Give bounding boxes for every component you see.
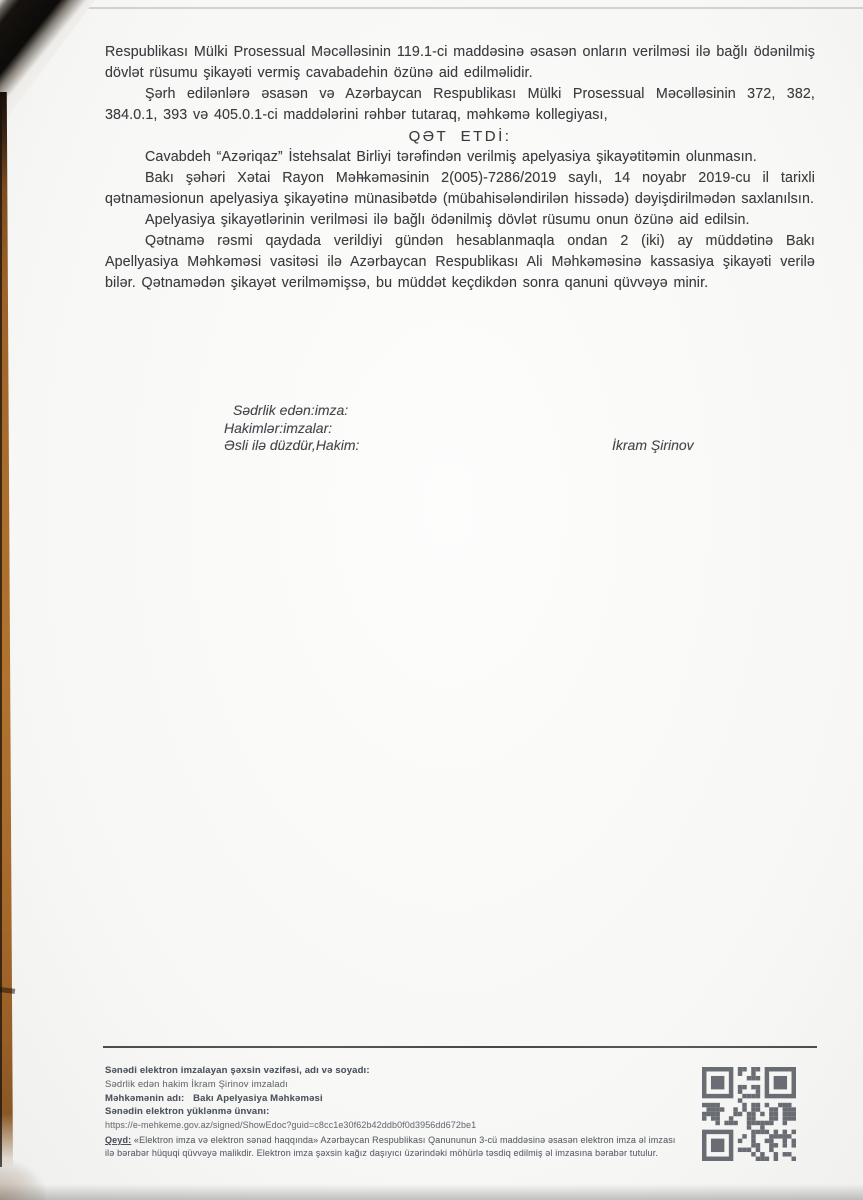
decision-paragraph: Bakı şəhəri Xətai Rayon Məhkəməsinin 2(0… (105, 168, 815, 210)
document-body: Respublikası Mülki Prosessual Məcəlləsin… (105, 42, 815, 294)
qr-code-image (702, 1067, 796, 1161)
decision-paragraph: Cavabdeh “Azəriqaz” İstehsalat Birliyi t… (105, 147, 815, 168)
note-text: «Elektron imza və elektron sənəd haqqınd… (105, 1135, 676, 1158)
note-label: Qeyd: (105, 1135, 131, 1145)
scan-bottom-shadow (0, 1184, 863, 1200)
scanned-court-decision-page: Respublikası Mülki Prosessual Məcəlləsin… (0, 0, 863, 1200)
decision-paragraph: Apelyasiya şikayətlərinin verilməsi ilə … (105, 210, 815, 231)
document-url-text: https://e-mehkeme.gov.az/signed/ShowEdoc… (105, 1119, 705, 1133)
signature-line-judges: Hakimlər:imzalar: (224, 420, 784, 438)
footer-legal-note: Qeyd: «Elektron imza və elektron sənəd h… (105, 1134, 677, 1159)
footer-signer-label: Sənədi elektron imzalayan şəxsin vəzifəs… (105, 1064, 705, 1078)
signature-line-certified: Əsli ilə düzdür,Hakim: (224, 437, 784, 455)
electronic-signature-footer: Sənədi elektron imzalayan şəxsin vəzifəs… (105, 1064, 705, 1159)
signature-block: Sədrlik edən:imza: Hakimlər:imzalar: Əsl… (224, 402, 784, 455)
scan-top-edge-artifact (0, 7, 863, 9)
footer-court-label: Məhkəmənin adı: (105, 1093, 184, 1104)
qr-code (701, 1064, 797, 1164)
signature-line-presiding: Sədrlik edən:imza: (233, 402, 784, 420)
body-paragraph: Şərh edilənlərə əsasən və Azərbaycan Res… (105, 84, 815, 126)
scan-left-edge-strip (0, 92, 13, 1167)
footer-court-value: Bakı Apelyasiya Məhkəməsi (187, 1093, 323, 1104)
decision-paragraph: Qətnamə rəsmi qaydada verildiyi gündən h… (105, 231, 815, 294)
footer-download-label: Sənədin elektron yüklənmə ünvanı: (105, 1105, 705, 1119)
folded-corner-artifact (0, 0, 95, 128)
footer-court-line: Məhkəmənin adı: Bakı Apelyasiya Məhkəməs… (105, 1092, 705, 1106)
body-paragraph: Respublikası Mülki Prosessual Məcəlləsin… (105, 42, 815, 84)
footer-divider-line (103, 1046, 817, 1048)
judge-name: İkram Şirinov (612, 437, 694, 455)
footer-signer-value: Sədrlik edən hakim İkram Şirinov imzalad… (105, 1078, 705, 1092)
decision-heading: QƏT ETDİ: (105, 126, 815, 147)
